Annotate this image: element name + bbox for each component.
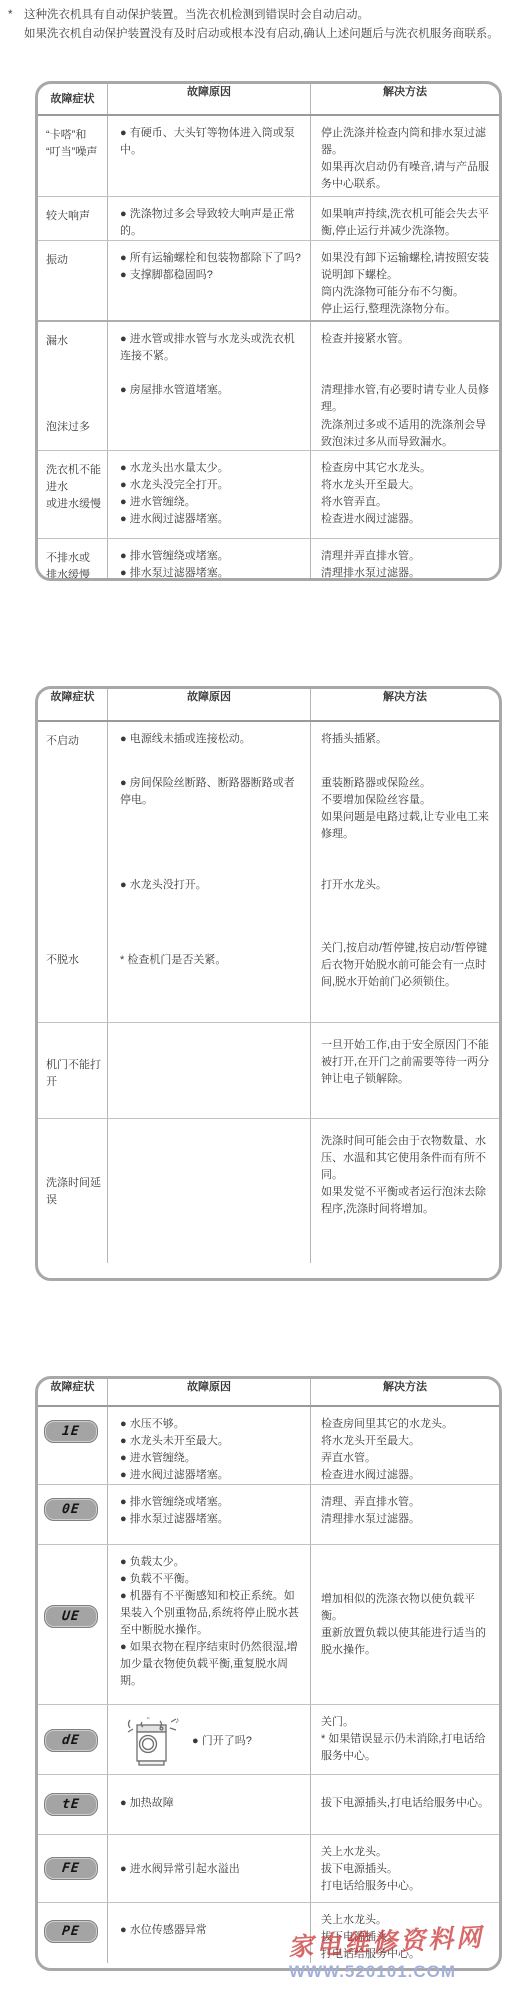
solution-cell: 清理并弄直排水管。 清理排水泵过滤器。: [310, 539, 499, 581]
cause-cell: ● 水压不够。 ● 水龙头未开至最大。 ● 进水管缠绕。 ● 进水阀过滤器堵塞。: [107, 1407, 310, 1484]
symptom-cell: dE: [38, 1705, 107, 1774]
cause-cell: [107, 1119, 310, 1263]
symptom-cell: PE: [38, 1903, 107, 1963]
lcd-display: tE: [44, 1793, 98, 1816]
sub-row: ● 水龙头没打开。 打开水龙头。: [107, 868, 499, 910]
symptom-cell: FE: [38, 1835, 107, 1902]
table-row: “卡嗒”和 “叮当”噪声 ● 有硬币、大头钉等物体进入筒或泵中。 停止洗涤并检查…: [38, 116, 499, 196]
error-code: 0E: [61, 1502, 80, 1517]
table2-header-row: 故障症状 故障原因 解决方法: [38, 689, 499, 722]
sub-row: ● 电源线未插或连接松动。 将插头插紧。: [107, 722, 499, 766]
solution-cell: 洗涤时间可能会由于衣物数量、水压、水温和其它使用条件而有所不同。 如果发觉不平衡…: [310, 1119, 499, 1263]
cause-cell: ● 进水管或排水管与水龙头或洗衣机连接不紧。 ● 房屋排水管道堵塞。: [107, 322, 310, 408]
solution-cell: 检查房中其它水龙头。 将水龙头开至最大。 将水管弄直。 检查进水阀过滤器。: [310, 451, 499, 538]
cause-cell: “ ♪ ● 门开了吗?: [107, 1705, 310, 1774]
table-row: 洗衣机不能进水 或进水缓慢 ● 水龙头出水量太少。 ● 水龙头没完全打开。 ● …: [38, 450, 499, 538]
cause-text: ● 门开了吗?: [192, 1733, 252, 1750]
symptom-cell: 1E: [38, 1407, 107, 1484]
solution-cell: 打开水龙头。: [310, 868, 499, 910]
cause-cell: * 检查机门是否关紧。: [107, 910, 310, 1022]
symptom-cell: 洗衣机不能进水 或进水缓慢: [38, 451, 107, 538]
solution-cell: 检查房间里其它的水龙头。 将水龙头开至最大。 弄直水管。 检查进水阀过滤器。: [310, 1407, 499, 1484]
cause-cell: ● 排水管缠绕或堵塞。 ● 排水泵过滤器堵塞。: [107, 539, 310, 581]
table-row: tE ● 加热故障 拔下电源插头,打电话给服务中心。: [38, 1774, 499, 1834]
cause-cell: [107, 408, 310, 450]
watermark-url: WWW.520101.COM: [289, 1962, 456, 1982]
symptom-cell: 较大响声: [38, 197, 107, 240]
table-row: 振动 ● 所有运输螺栓和包装物都除下了吗? ● 支撑脚都稳固吗? 如果没有卸下运…: [38, 240, 499, 320]
auto-protect-note: * 这种洗衣机具有自动保护装置。当洗衣机检测到错误时会自动启动。 如果洗衣机自动…: [8, 6, 504, 44]
header-symptom: 故障症状: [38, 84, 107, 114]
solution-cell: 拔下电源插头,打电话给服务中心。: [310, 1775, 499, 1834]
symptom-cell: 机门不能打开: [38, 1023, 107, 1118]
header-cause: 故障原因: [107, 84, 310, 114]
error-code: PE: [61, 1924, 80, 1939]
table-row: 洗涤时间延误 洗涤时间可能会由于衣物数量、水压、水温和其它使用条件而有所不同。 …: [38, 1118, 499, 1263]
cause-cell: ● 洗涤物过多会导致较大响声是正常的。: [107, 197, 310, 240]
symptom-cell: 不脱水: [38, 910, 107, 1022]
symptom-cell: 0E: [38, 1485, 107, 1544]
symptom-cell: 振动: [38, 241, 107, 320]
symptom-cell: 泡沫过多: [38, 408, 107, 450]
symptom-cell: 不启动: [38, 722, 107, 910]
solution-cell: 关上水龙头。 拔下电源插头。 打电话给服务中心。: [310, 1835, 499, 1902]
troubleshooting-table-2: 故障症状 故障原因 解决方法 不启动 ● 电源线未插或连接松动。 将插头插紧。 …: [35, 686, 502, 1281]
solution-cell: 洗涤剂过多或不适用的洗涤剂会导致泡沫过多从而导致漏水。: [310, 408, 499, 450]
solution-cell: 将插头插紧。: [310, 722, 499, 766]
manual-page: * 这种洗衣机具有自动保护装置。当洗衣机检测到错误时会自动启动。 如果洗衣机自动…: [0, 0, 510, 1971]
svg-text:♪: ♪: [175, 1715, 180, 1725]
subrow-column: ● 电源线未插或连接松动。 将插头插紧。 ● 房间保险丝断路、断路器断路或者停电…: [107, 722, 499, 910]
table-row: 0E ● 排水管缠绕或堵塞。 ● 排水泵过滤器堵塞。 清理、弄直排水管。 清理排…: [38, 1484, 499, 1544]
table-row: FE ● 进水阀异常引起水溢出 关上水龙头。 拔下电源插头。 打电话给服务中心。: [38, 1834, 499, 1902]
washing-machine-icon: “ ♪: [120, 1714, 184, 1772]
table-row: 较大响声 ● 洗涤物过多会导致较大响声是正常的。 如果响声持续,洗衣机可能会失去…: [38, 196, 499, 240]
table-row: 1E ● 水压不够。 ● 水龙头未开至最大。 ● 进水管缠绕。 ● 进水阀过滤器…: [38, 1407, 499, 1484]
lcd-display: PE: [44, 1920, 98, 1943]
lcd-display: UE: [44, 1605, 98, 1628]
solution-cell: 重装断路器或保险丝。 不要增加保险丝容量。 如果问题是电路过载,让专业电工来修理…: [310, 766, 499, 868]
symptom-cell: 不排水或 排水缓慢: [38, 539, 107, 581]
table-row: 泡沫过多 洗涤剂过多或不适用的洗涤剂会导致泡沫过多从而导致漏水。: [38, 408, 499, 450]
symptom-cell: tE: [38, 1775, 107, 1834]
cause-cell: ● 排水管缠绕或堵塞。 ● 排水泵过滤器堵塞。: [107, 1485, 310, 1544]
lcd-display: dE: [44, 1729, 98, 1752]
table-row: 不启动 ● 电源线未插或连接松动。 将插头插紧。 ● 房间保险丝断路、断路器断路…: [38, 722, 499, 910]
solution-cell: 检查并接紧水管。 清理排水管,有必要时请专业人员修理。: [310, 322, 499, 408]
symptom-cell: UE: [38, 1545, 107, 1704]
solution-cell: 一旦开始工作,由于安全原因门不能被打开,在开门之前需要等待一两分钟让电子锁解除。: [310, 1023, 499, 1118]
table3-header-row: 故障症状 故障原因 解决方法: [38, 1379, 499, 1407]
header-cause: 故障原因: [107, 689, 310, 720]
symptom-cell: “卡嗒”和 “叮当”噪声: [38, 116, 107, 196]
table-row: UE ● 负载太少。 ● 负载不平衡。 ● 机器有不平衡感知和校正系统。如果装入…: [38, 1544, 499, 1704]
solution-cell: 关门。 * 如果错误显示仍未消除,打电话给服务中心。: [310, 1705, 499, 1774]
cause-cell: ● 房间保险丝断路、断路器断路或者停电。: [107, 766, 310, 868]
cause-cell: ● 有硬币、大头钉等物体进入筒或泵中。: [107, 116, 310, 196]
table1-header-row: 故障症状 故障原因 解决方法: [38, 84, 499, 116]
table-row: 不排水或 排水缓慢 ● 排水管缠绕或堵塞。 ● 排水泵过滤器堵塞。 清理并弄直排…: [38, 538, 499, 581]
cause-cell: ● 所有运输螺栓和包装物都除下了吗? ● 支撑脚都稳固吗?: [107, 241, 310, 320]
solution-cell: 停止洗涤并检查内筒和排水泵过滤器。 如果再次启动仍有噪音,请与产品服务中心联系。: [310, 116, 499, 196]
cause-cell: ● 水龙头没打开。: [107, 868, 310, 910]
header-symptom: 故障症状: [38, 1379, 107, 1405]
solution-cell: 如果响声持续,洗衣机可能会失去平衡,停止运行并减少洗涤物。: [310, 197, 499, 240]
cause-cell: ● 水位传感器异常: [107, 1903, 310, 1963]
table-row: dE: [38, 1704, 499, 1774]
error-code: UE: [61, 1609, 80, 1624]
note-text: 这种洗衣机具有自动保护装置。当洗衣机检测到错误时会自动启动。 如果洗衣机自动保护…: [24, 6, 504, 44]
cause-cell: [107, 1023, 310, 1118]
symptom-cell: 洗涤时间延误: [38, 1119, 107, 1263]
cause-cell: ● 负载太少。 ● 负载不平衡。 ● 机器有不平衡感知和校正系统。如果装入个别重…: [107, 1545, 310, 1704]
header-solution: 解决方法: [310, 84, 499, 114]
solution-cell: 清理、弄直排水管。 清理排水泵过滤器。: [310, 1485, 499, 1544]
lcd-display: FE: [44, 1857, 98, 1880]
sub-row: ● 房间保险丝断路、断路器断路或者停电。 重装断路器或保险丝。 不要增加保险丝容…: [107, 766, 499, 868]
header-cause: 故障原因: [107, 1379, 310, 1405]
lcd-display: 0E: [44, 1498, 98, 1521]
svg-text:“: “: [147, 1716, 150, 1725]
header-symptom: 故障症状: [38, 689, 107, 720]
troubleshooting-table-1: 故障症状 故障原因 解决方法 “卡嗒”和 “叮当”噪声 ● 有硬币、大头钉等物体…: [35, 81, 502, 581]
error-code-table: 故障症状 故障原因 解决方法 1E ● 水压不够。 ● 水龙头未开至最大。 ● …: [35, 1376, 502, 1971]
symptom-cell: 漏水: [38, 322, 107, 408]
lcd-display: 1E: [44, 1420, 98, 1443]
cause-cell: ● 加热故障: [107, 1775, 310, 1834]
table-row: 机门不能打开 一旦开始工作,由于安全原因门不能被打开,在开门之前需要等待一两分钟…: [38, 1022, 499, 1118]
error-code: tE: [61, 1797, 80, 1812]
solution-cell: 如果没有卸下运输螺栓,请按照安装说明卸下螺栓。 筒内洗涤物可能分布不匀衡。 停止…: [310, 241, 499, 320]
table-row: 不脱水 * 检查机门是否关紧。 关门,按启动/暂停键,按启动/暂停键后衣物开始脱…: [38, 910, 499, 1022]
note-asterisk: *: [8, 6, 24, 44]
cause-cell: ● 水龙头出水量太少。 ● 水龙头没完全打开。 ● 进水管缠绕。 ● 进水阀过滤…: [107, 451, 310, 538]
cause-cell: ● 进水阀异常引起水溢出: [107, 1835, 310, 1902]
header-solution: 解决方法: [310, 1379, 499, 1405]
error-code: 1E: [61, 1424, 80, 1439]
table-row: 漏水 ● 进水管或排水管与水龙头或洗衣机连接不紧。 ● 房屋排水管道堵塞。 检查…: [38, 320, 499, 408]
error-code: dE: [61, 1733, 80, 1748]
solution-cell: 增加相似的洗涤衣物以使负载平衡。 重新放置负载以使其能进行适当的脱水操作。: [310, 1545, 499, 1704]
solution-cell: 关门,按启动/暂停键,按启动/暂停键后衣物开始脱水前可能会有一点时间,脱水开始前…: [310, 910, 499, 1022]
header-solution: 解决方法: [310, 689, 499, 720]
error-code: FE: [61, 1861, 80, 1876]
cause-cell: ● 电源线未插或连接松动。: [107, 722, 310, 766]
